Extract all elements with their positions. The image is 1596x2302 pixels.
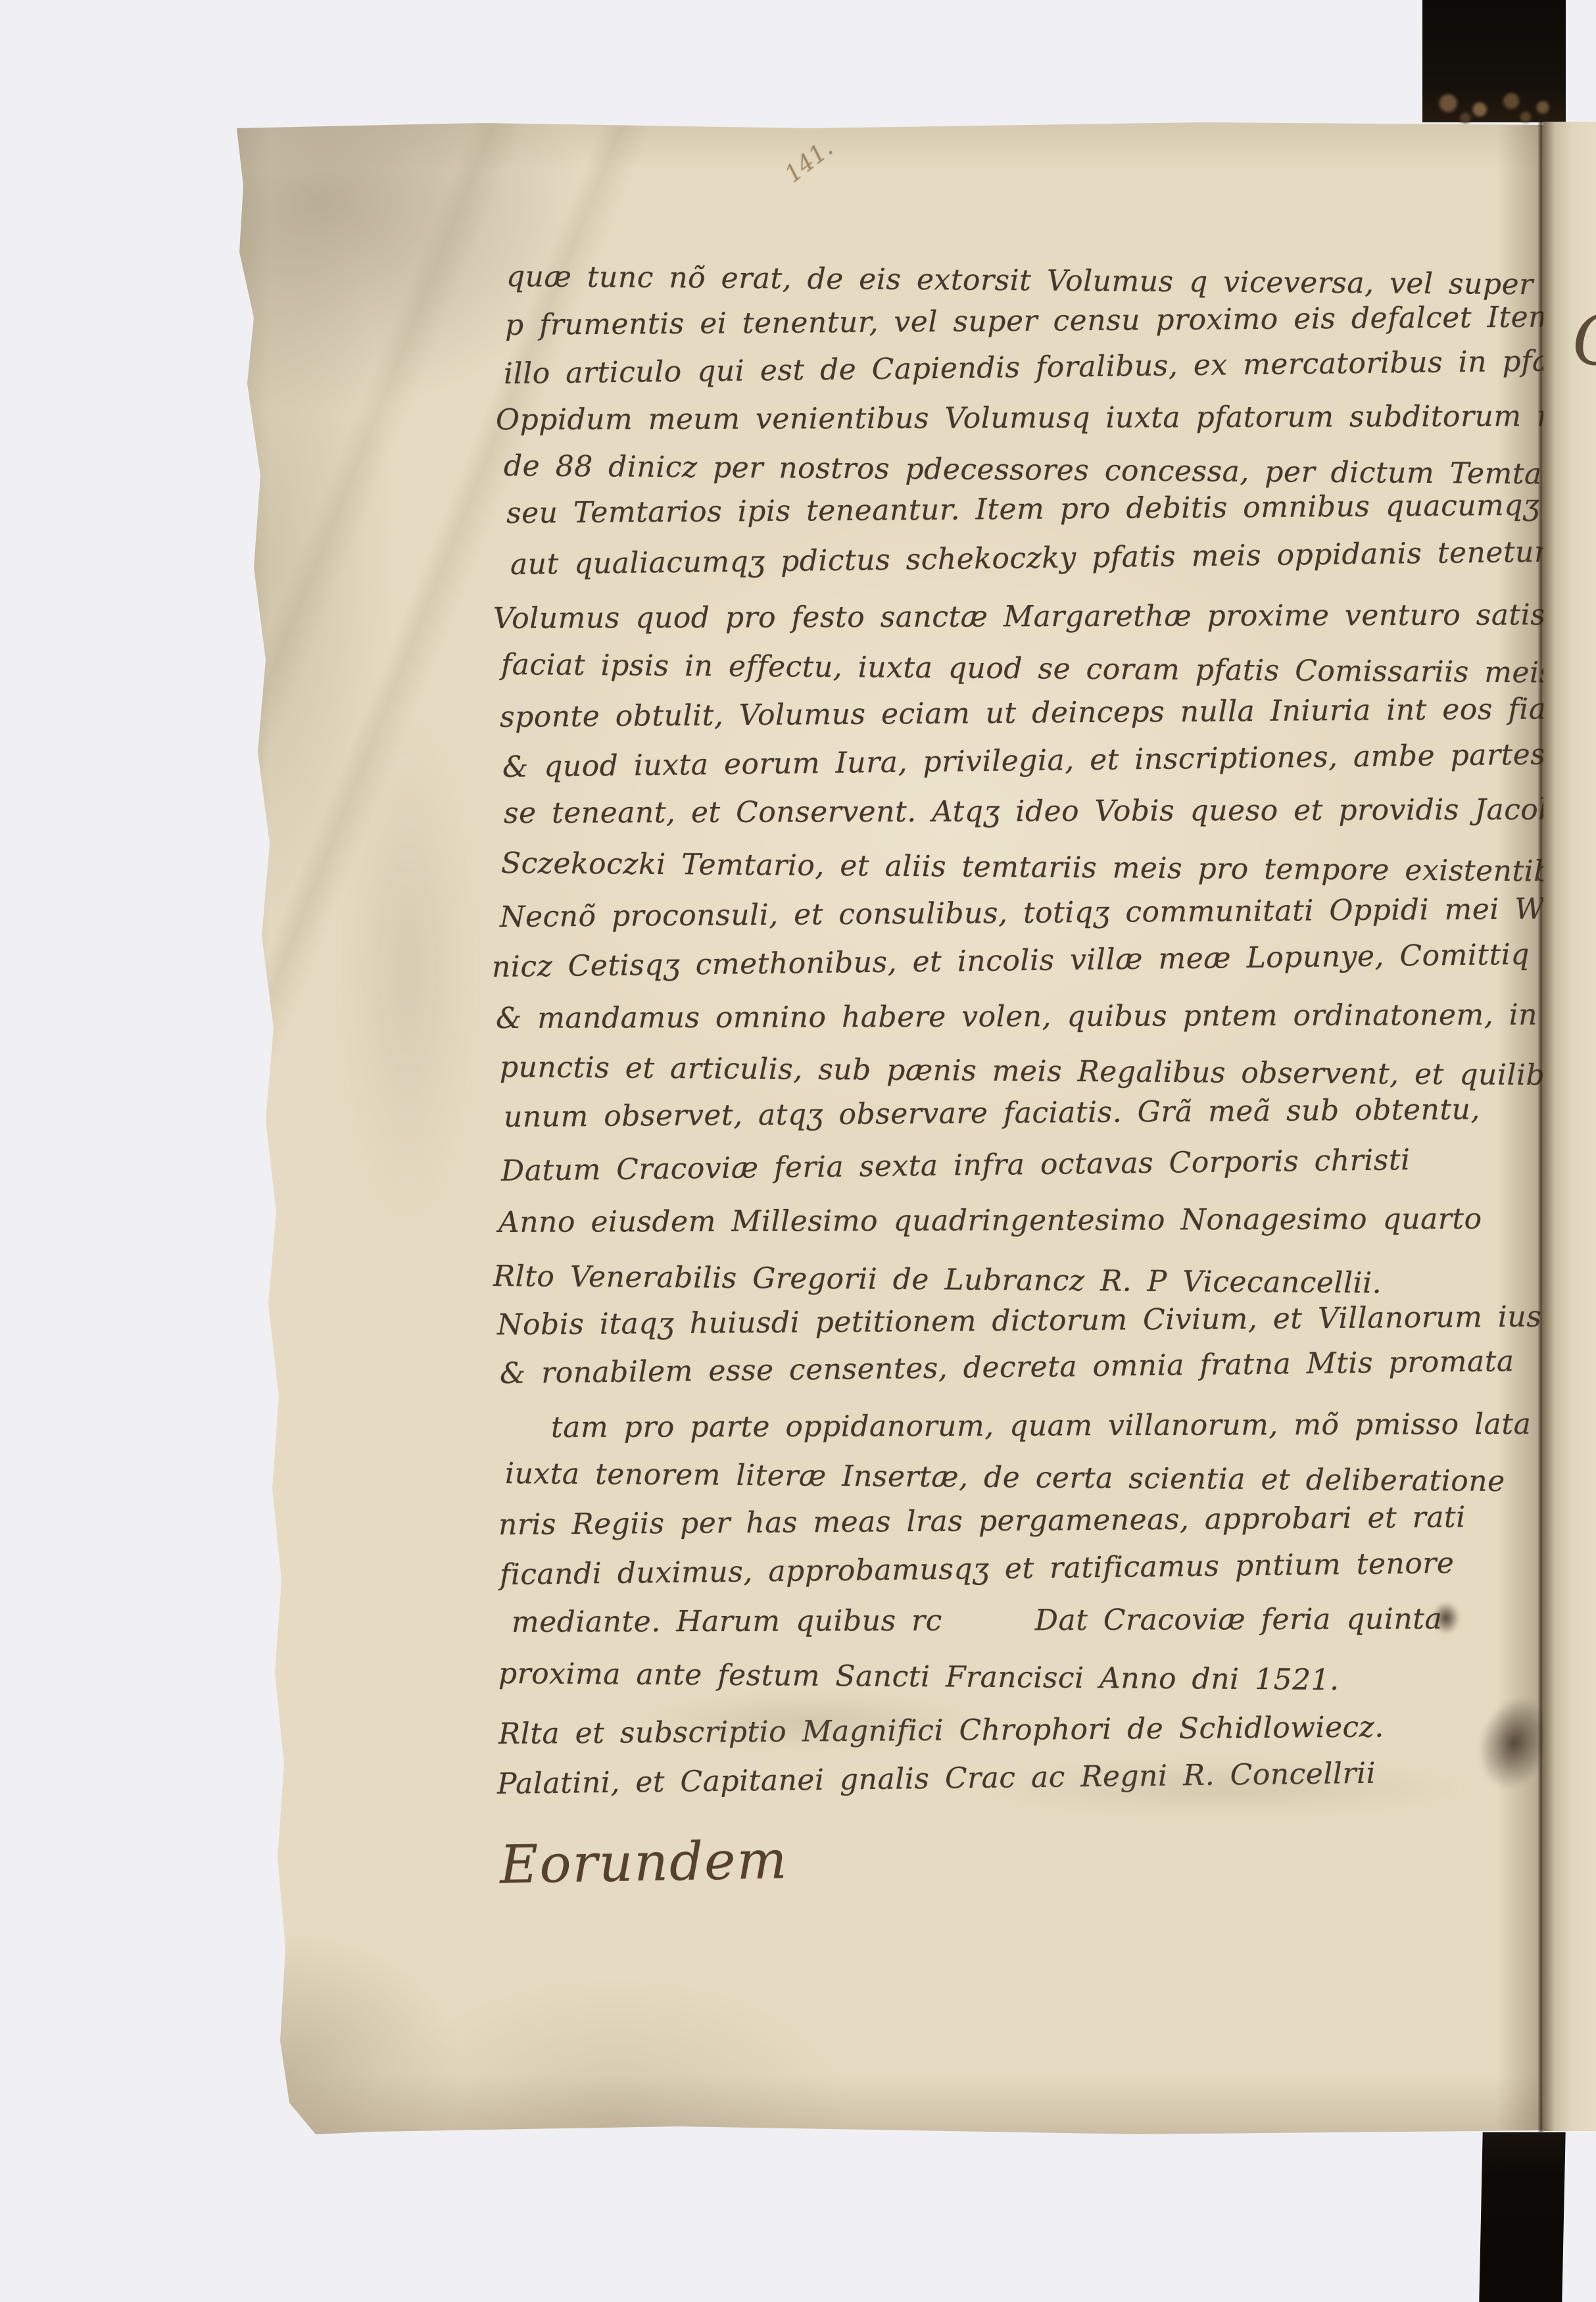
manuscript-line: Nobis itaqʒ huiusdi petitionem dictorum … [497, 1300, 1572, 1342]
manuscript-line: Rlto Venerabilis Gregorii de Lubrancz R.… [493, 1260, 1382, 1300]
ink-showthrough [973, 1758, 1473, 1817]
manuscript-line: Datum Cracoviæ feria sexta infra octavas… [501, 1143, 1411, 1188]
manuscript-line: Volumus quod pro festo sanctæ Margarethæ… [493, 598, 1546, 635]
manuscript-line: sponte obtulit, Volumus eciam ut deincep… [500, 692, 1568, 734]
manuscript-line: nris Regiis per has meas lras pergamenea… [498, 1500, 1466, 1542]
manuscript-line: mediante. Harum quibus rc Dat Cracoviæ f… [512, 1602, 1442, 1639]
facing-page-letter: C [1572, 301, 1596, 381]
manuscript-line: ficandi duximus, approbamusqʒ et ratific… [500, 1546, 1455, 1592]
manuscript-line: Sczekoczki Temtario, et aliis temtariis … [501, 846, 1596, 889]
manuscript-line: & mandamus omnino habere volen, quibus p… [496, 998, 1596, 1035]
manuscript-line: quæ tunc nõ erat, de eis extorsit Volumu… [506, 260, 1596, 303]
closing-word: Eorundem [499, 1829, 788, 1896]
bookmark-ribbon-top [1422, 0, 1566, 122]
manuscript-line: faciat ipsis in effectu, iuxta quod se c… [501, 648, 1555, 690]
folio-number: 141. [780, 135, 838, 189]
manuscript-line: Necnõ proconsuli, et consulibus, totiqʒ … [500, 892, 1580, 934]
manuscript-line: seu Temtarios ipis teneantur. Item pro d… [506, 489, 1540, 530]
manuscript-line: nicz Cetisqʒ cmethonibus, et incolis vil… [492, 938, 1530, 984]
ink-showthrough [638, 1692, 980, 1751]
ink-showthrough [335, 712, 480, 1225]
manuscript-line: p frumentis ei tenentur, vel super censu… [505, 300, 1596, 342]
scanned-manuscript: 141. quæ tunc nõ erat, de eis extorsit V… [0, 0, 1596, 2302]
manuscript-line: Oppidum meum venientibus Volumusq iuxta … [496, 399, 1596, 437]
ribbon-frayed-end [1422, 84, 1566, 126]
manuscript-line: & ronabilem esse censentes, decreta omni… [500, 1344, 1514, 1390]
manuscript-line: punctis et articulis, sub pænis meis Reg… [500, 1050, 1574, 1092]
manuscript-line: unum observet, atqʒ observare faciatis. … [504, 1092, 1480, 1134]
manuscript-line: aut qualiacumqʒ pdictus schekoczky pfati… [510, 535, 1555, 581]
manuscript-line: tam pro parte oppidanorum, quam villanor… [551, 1408, 1531, 1444]
manuscript-line: de 88 dinicz per nostros pdecessores con… [504, 449, 1596, 491]
manuscript-line: illo articulo qui est de Capiendis foral… [504, 343, 1596, 391]
manuscript-line: Anno eiusdem Millesimo quadringentesimo … [498, 1202, 1482, 1239]
manuscript-line: & quod iuxta eorum Iura, privilegia, et … [502, 738, 1546, 784]
manuscript-page: 141. quæ tunc nõ erat, de eis extorsit V… [217, 120, 1543, 2134]
manuscript-line: iuxta tenorem literæ Insertæ, de certa s… [505, 1457, 1505, 1498]
ink-blot [1432, 1602, 1460, 1634]
bookmark-ribbon-bottom [1479, 2132, 1565, 2302]
facing-page-edge: C [1543, 122, 1596, 2131]
manuscript-line: se teneant, et Conservent. Atqʒ ideo Vob… [504, 793, 1575, 830]
manuscript-line: proxima ante festum Sancti Francisci Ann… [498, 1657, 1340, 1697]
